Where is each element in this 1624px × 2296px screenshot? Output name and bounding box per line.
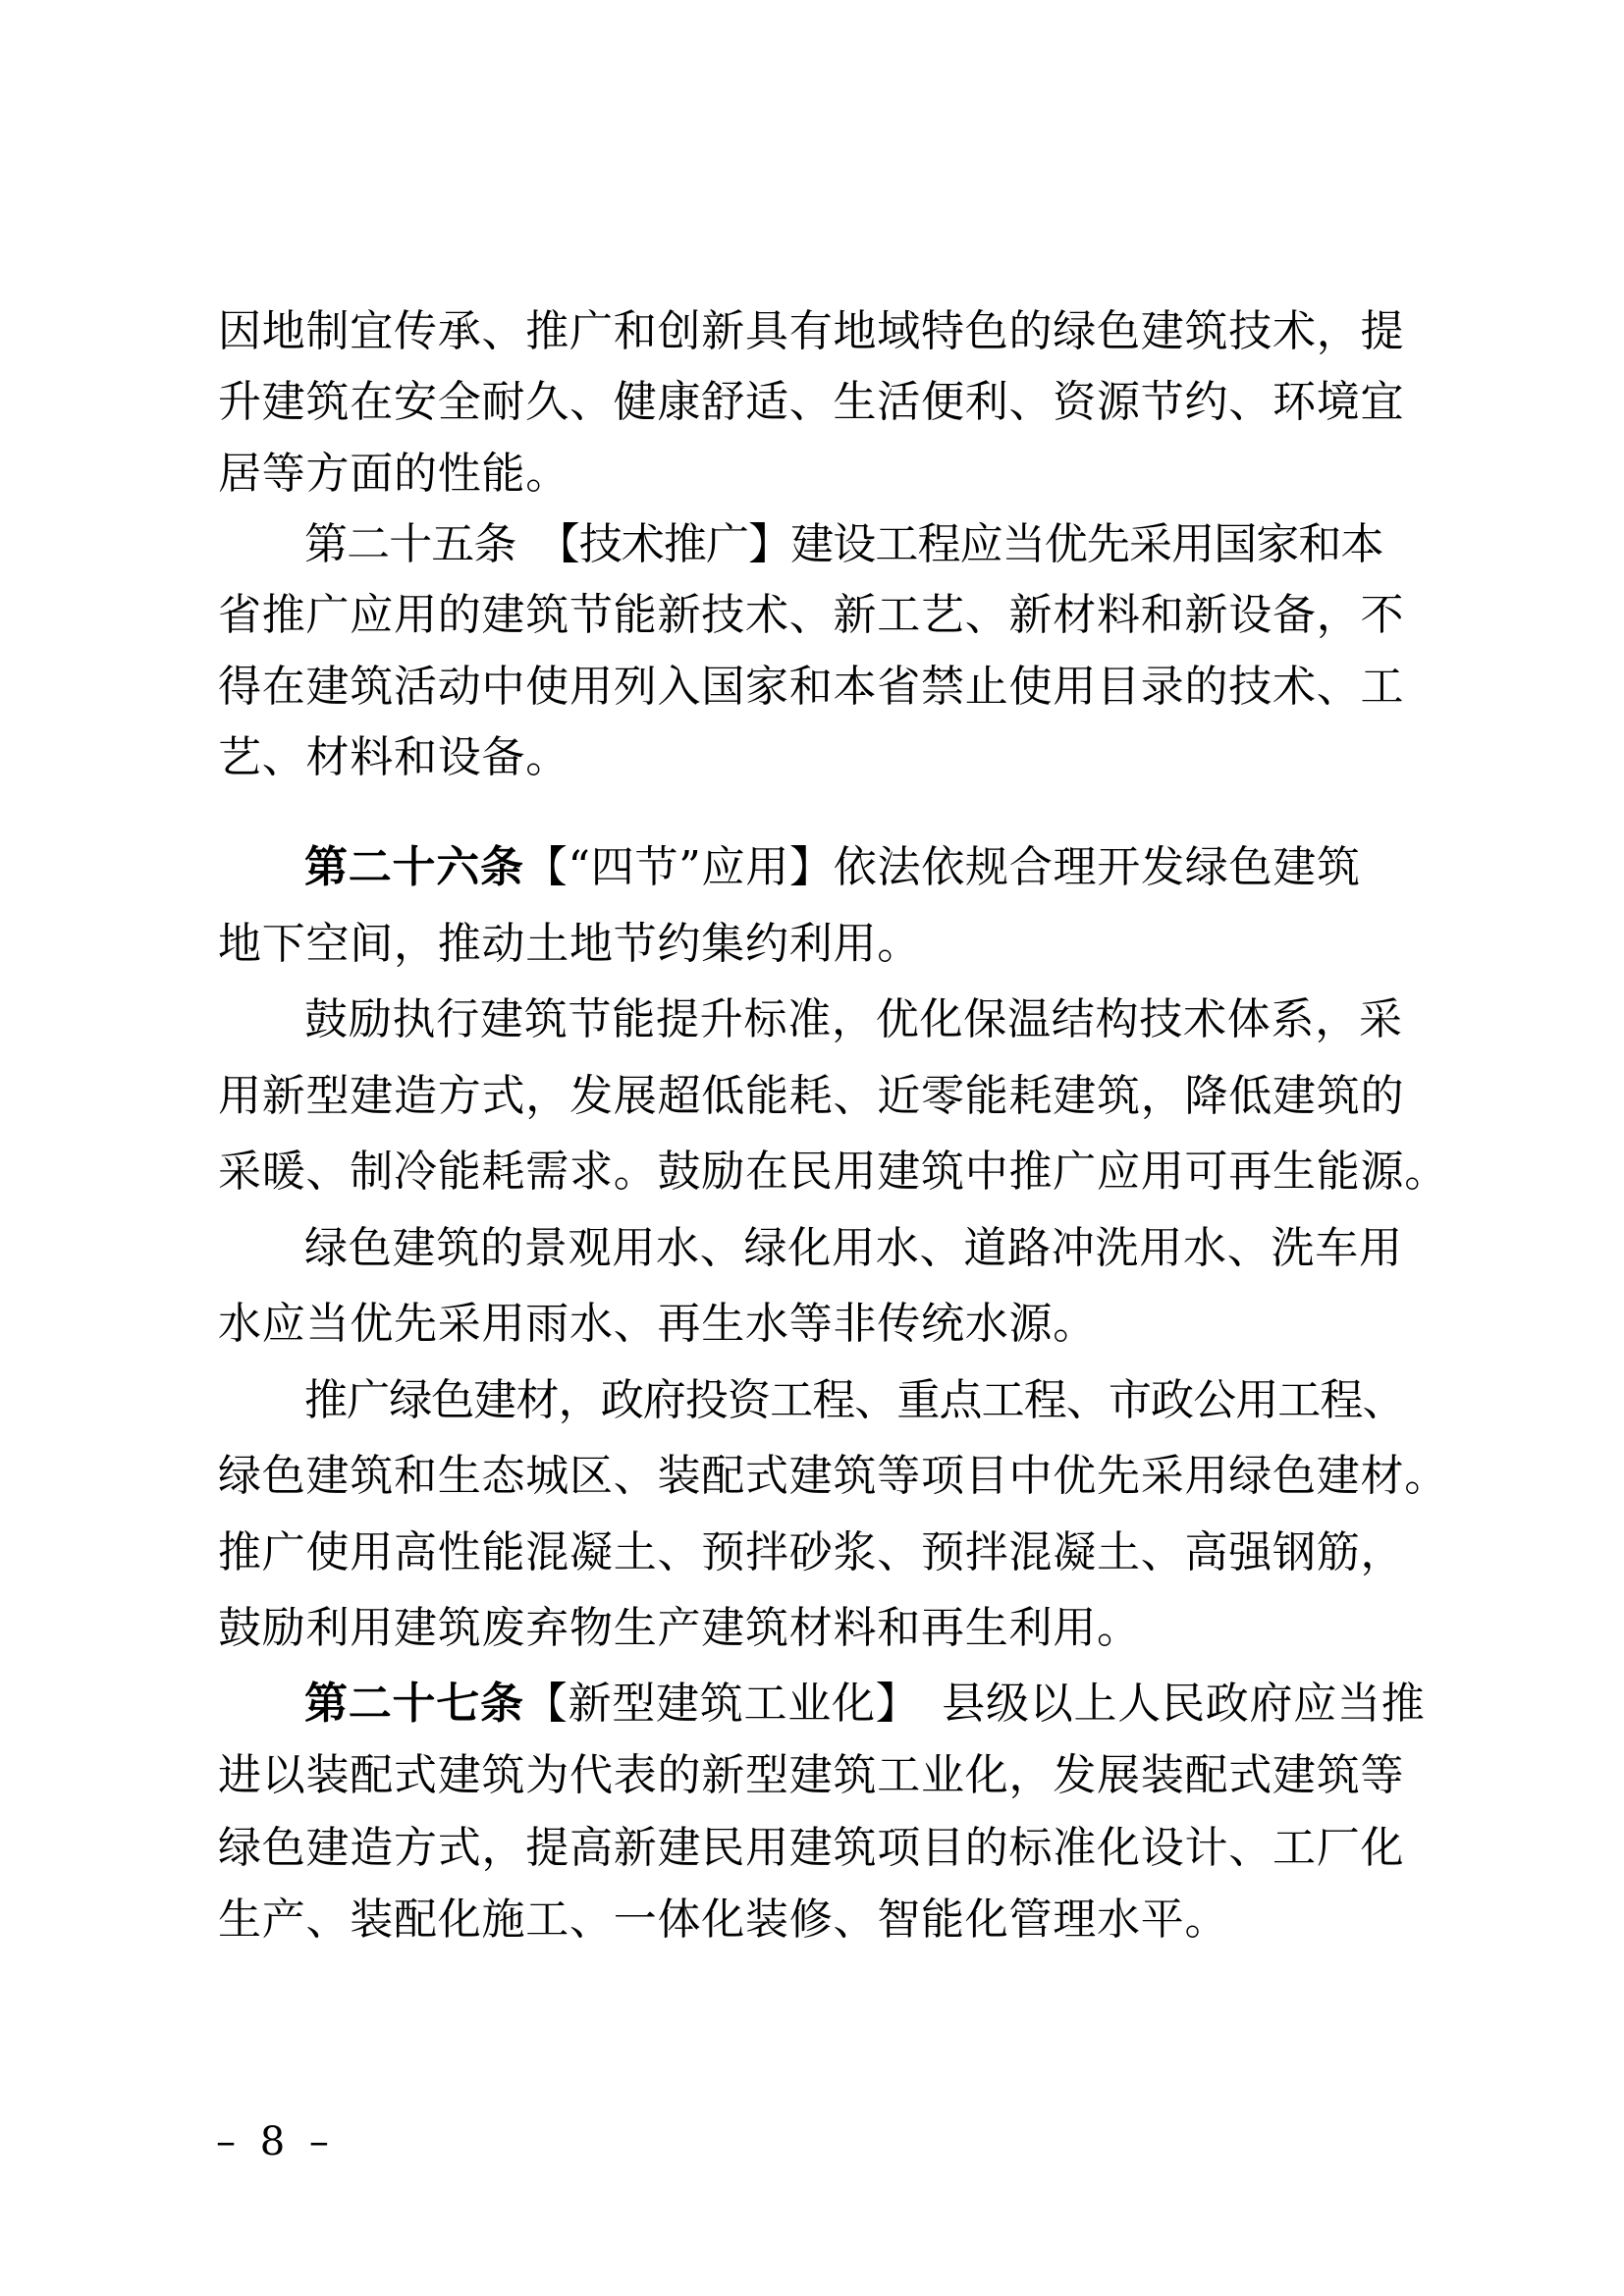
line-text: 鼓励利用建筑废弃物生产建筑材料和再生利用。 [218,1603,1141,1653]
text-line: 绿色建造方式，提高新建民用建筑项目的标准化设计、工厂化 [218,1813,1404,1884]
text-line: 绿色建筑和生态城区、装配式建筑等项目中优先采用绿色建材。 [218,1441,1448,1512]
line-text: 省推广应用的建筑节能新技术、新工艺、新材料和新设备，不 [218,590,1404,640]
text-line: 鼓励执行建筑节能提升标准，优化保温结构技术体系，采 [218,985,1403,1055]
text-line: 升建筑在安全耐久、健康舒适、生活便利、资源节约、环境宜 [218,367,1404,438]
line-text: 生产、装配化施工、一体化装修、智能化管理水平。 [218,1895,1228,1945]
line-text: 得在建筑活动中使用列入国家和本省禁止使用目录的技术、工 [218,662,1404,712]
line-text: 采暖、制冷能耗需求。鼓励在民用建筑中推广应用可再生能源。 [218,1147,1448,1197]
line-text: 推广绿色建材，政府投资工程、重点工程、市政公用工程、 [304,1375,1405,1425]
text-line: 进以装配式建筑为代表的新型建筑工业化，发展装配式建筑等 [218,1740,1404,1811]
line-text: 【新型建筑工业化】 县级以上人民政府应当推 [524,1679,1426,1729]
line-text: 第二十五条 【技术推广】建设工程应当优先采用国家和本 [304,519,1383,569]
text-line: 绿色建筑的景观用水、绿化用水、道路冲洗用水、洗车用 [218,1213,1403,1284]
article-number: 第二十六条 [304,842,524,892]
text-line: 用新型建造方式，发展超低能耗、近零能耗建筑，降低建筑的 [218,1061,1404,1132]
text-line: 采暖、制冷能耗需求。鼓励在民用建筑中推广应用可再生能源。 [218,1137,1448,1207]
text-line: 第二十六条【“四节”应用】依法依规合理开发绿色建筑 [218,832,1361,903]
text-line: 第二十七条【新型建筑工业化】 县级以上人民政府应当推 [218,1669,1426,1739]
text-line: 得在建筑活动中使用列入国家和本省禁止使用目录的技术、工 [218,652,1404,722]
text-line: 水应当优先采用雨水、再生水等非传统水源。 [218,1289,1097,1360]
line-text: 因地制宜传承、推广和创新具有地域特色的绿色建筑技术，提 [218,306,1404,356]
text-line: 居等方面的性能。 [218,439,569,509]
text-line: 第二十五条 【技术推广】建设工程应当优先采用国家和本 [218,509,1383,580]
page-number: – 8 – [216,2120,335,2163]
text-line: 推广使用高性能混凝土、预拌砂浆、预拌混凝土、高强钢筋， [218,1518,1404,1588]
text-line: 生产、装配化施工、一体化装修、智能化管理水平。 [218,1885,1228,1955]
text-line: 地下空间，推动土地节约集约利用。 [218,909,921,980]
line-text: 推广使用高性能混凝土、预拌砂浆、预拌混凝土、高强钢筋， [218,1527,1404,1577]
line-text: 升建筑在安全耐久、健康舒适、生活便利、资源节约、环境宜 [218,377,1404,427]
line-text: 绿色建筑和生态城区、装配式建筑等项目中优先采用绿色建材。 [218,1451,1448,1501]
line-text: 进以装配式建筑为代表的新型建筑工业化，发展装配式建筑等 [218,1750,1404,1800]
line-text: 绿色建造方式，提高新建民用建筑项目的标准化设计、工厂化 [218,1823,1404,1873]
line-text: 用新型建造方式，发展超低能耗、近零能耗建筑，降低建筑的 [218,1071,1404,1121]
line-text: 水应当优先采用雨水、再生水等非传统水源。 [218,1299,1097,1349]
document-page: 因地制宜传承、推广和创新具有地域特色的绿色建筑技术，提升建筑在安全耐久、健康舒适… [0,0,1624,2296]
line-text: 绿色建筑的景观用水、绿化用水、道路冲洗用水、洗车用 [304,1223,1403,1273]
line-text: 鼓励执行建筑节能提升标准，优化保温结构技术体系，采 [304,994,1403,1044]
text-line: 推广绿色建材，政府投资工程、重点工程、市政公用工程、 [218,1365,1405,1436]
text-line: 因地制宜传承、推广和创新具有地域特色的绿色建筑技术，提 [218,296,1404,367]
text-line: 省推广应用的建筑节能新技术、新工艺、新材料和新设备，不 [218,580,1404,651]
line-text: 居等方面的性能。 [218,449,569,499]
line-text: 地下空间，推动土地节约集约利用。 [218,919,921,969]
line-text: 【“四节”应用】依法依规合理开发绿色建筑 [524,842,1361,892]
text-lines: 因地制宜传承、推广和创新具有地域特色的绿色建筑技术，提升建筑在安全耐久、健康舒适… [218,0,1455,2296]
text-line: 艺、材料和设备。 [218,722,569,793]
line-text: 艺、材料和设备。 [218,732,569,782]
text-line: 鼓励利用建筑废弃物生产建筑材料和再生利用。 [218,1593,1141,1664]
article-number: 第二十七条 [304,1679,524,1729]
